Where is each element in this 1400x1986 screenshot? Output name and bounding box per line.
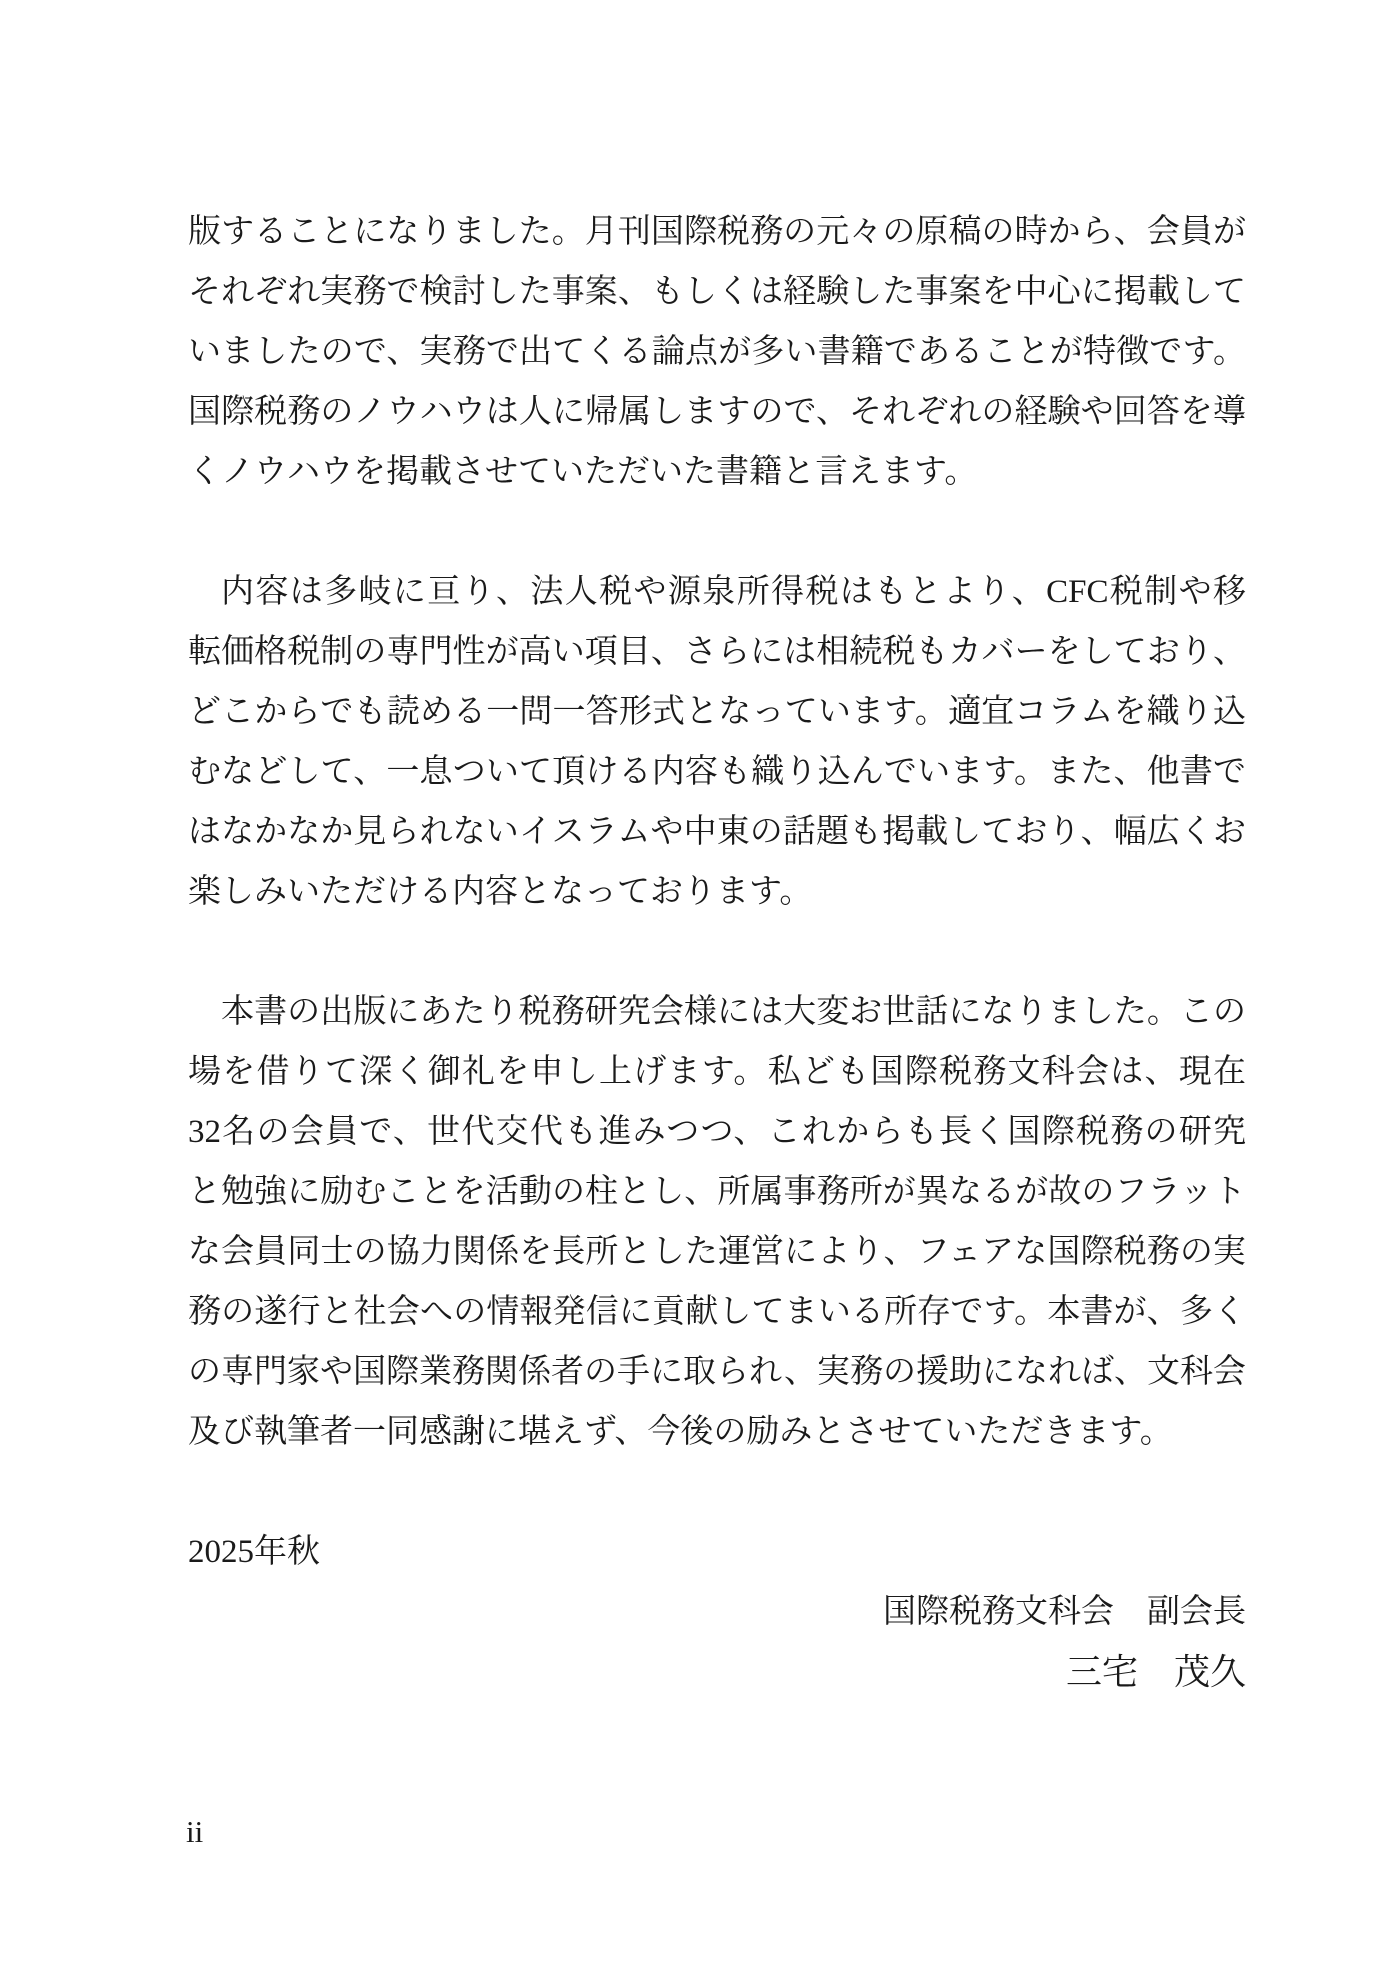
preface-body: 版することになりました。月刊国際税務の元々の原稿の時から、会員がそれぞれ実務で検… (188, 202, 1246, 1702)
text-line: 本書の出版にあたり税務研究会様には大変お世話になりました。この (188, 982, 1246, 1042)
preface-paragraph-1: 版することになりました。月刊国際税務の元々の原稿の時から、会員がそれぞれ実務で検… (188, 202, 1246, 502)
text-line: 場を借りて深く御礼を申し上げます。私ども国際税務文科会は、現在 (188, 1042, 1246, 1102)
text-line: くノウハウを掲載させていただいた書籍と言えます。 (188, 442, 1246, 502)
text-line: どこからでも読める一問一答形式となっています。適宜コラムを織り込 (188, 682, 1246, 742)
text-line: 国際税務のノウハウは人に帰属しますので、それぞれの経験や回答を導 (188, 382, 1246, 442)
text-line: と勉強に励むことを活動の柱とし、所属事務所が異なるが故のフラット (188, 1162, 1246, 1222)
text-line: はなかなか見られないイスラムや中東の話題も掲載しており、幅広くお (188, 802, 1246, 862)
text-line: 楽しみいただける内容となっております。 (188, 862, 1246, 922)
text-line: 版することになりました。月刊国際税務の元々の原稿の時から、会員が (188, 202, 1246, 262)
text-line: 転価格税制の専門性が高い項目、さらには相続税もカバーをしており、 (188, 622, 1246, 682)
text-line: な会員同士の協力関係を長所とした運営により、フェアな国際税務の実 (188, 1222, 1246, 1282)
text-line: 内容は多岐に亘り、法人税や源泉所得税はもとより、CFC税制や移 (188, 562, 1246, 622)
preface-paragraph-2: 内容は多岐に亘り、法人税や源泉所得税はもとより、CFC税制や移転価格税制の専門性… (188, 562, 1246, 922)
text-line: の専門家や国際業務関係者の手に取られ、実務の援助になれば、文科会 (188, 1342, 1246, 1402)
document-page: 版することになりました。月刊国際税務の元々の原稿の時から、会員がそれぞれ実務で検… (0, 0, 1400, 1986)
date-line: 2025年秋 (188, 1522, 1246, 1582)
signature-organization-title: 国際税務文科会 副会長 (188, 1582, 1246, 1642)
preface-paragraph-3: 本書の出版にあたり税務研究会様には大変お世話になりました。この場を借りて深く御礼… (188, 982, 1246, 1462)
signature-name: 三宅 茂久 (188, 1642, 1246, 1702)
text-line: 32名の会員で、世代交代も進みつつ、これからも長く国際税務の研究 (188, 1102, 1246, 1162)
text-line: それぞれ実務で検討した事案、もしくは経験した事案を中心に掲載して (188, 262, 1246, 322)
page-number: ii (186, 1812, 203, 1852)
text-line: 務の遂行と社会への情報発信に貢献してまいる所存です。本書が、多く (188, 1282, 1246, 1342)
text-line: いましたので、実務で出てくる論点が多い書籍であることが特徴です。 (188, 322, 1246, 382)
text-line: むなどして、一息ついて頂ける内容も織り込んでいます。また、他書で (188, 742, 1246, 802)
text-line: 及び執筆者一同感謝に堪えず、今後の励みとさせていただきます。 (188, 1402, 1246, 1462)
